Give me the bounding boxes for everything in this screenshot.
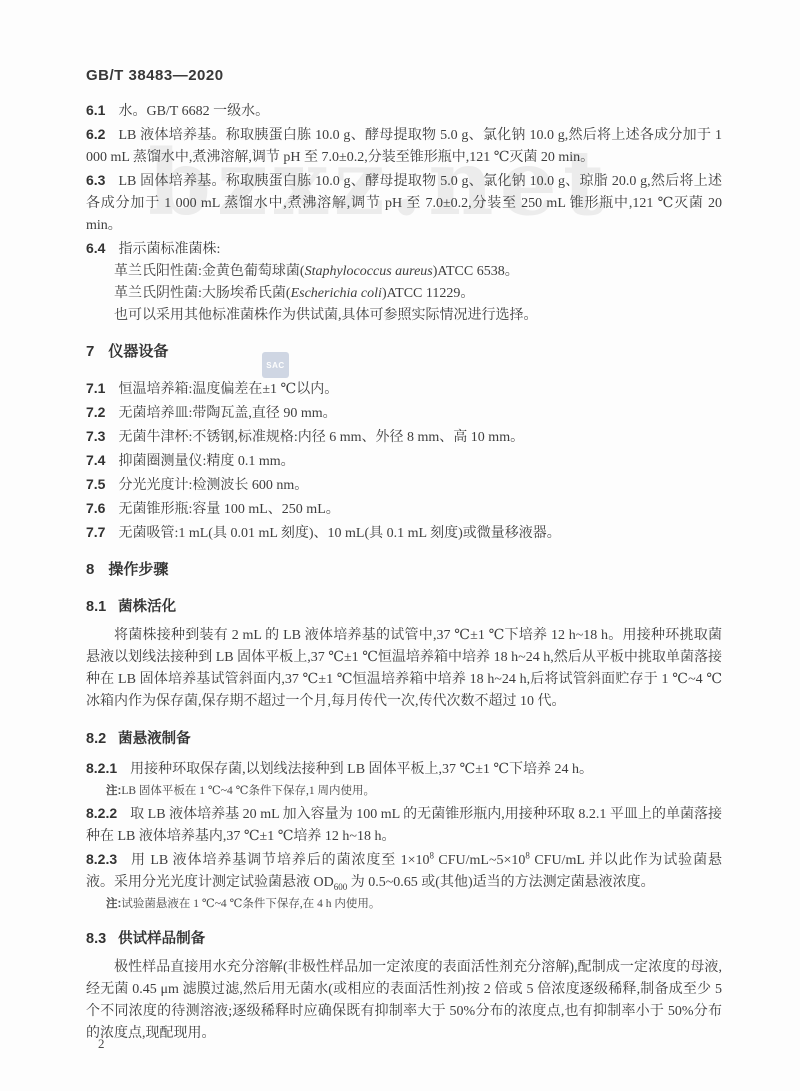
clause-7-4: 7.4抑菌圈测量仪:精度 0.1 mm。 <box>86 449 722 473</box>
block-text: 分光光度计:检测波长 600 nm。 <box>118 478 308 493</box>
block-text: 操作步骤 <box>108 561 168 578</box>
clause-number: 6.3 <box>86 172 105 188</box>
indented-line: 也可以采用其他标准菌株作为供试菌,具体可参照实际情况进行选择。 <box>86 305 722 327</box>
clause-number: 7.6 <box>86 500 105 516</box>
block-text: 无菌牛津杯:不锈钢,标准规格:内径 6 mm、外径 8 mm、高 10 mm。 <box>118 430 524 445</box>
block-text: 仪器设备 <box>108 343 168 360</box>
text-run: 600 <box>334 882 348 892</box>
clause-7-7: 7.7无菌吸管:1 mL(具 0.01 mL 刻度)、10 mL(具 0.1 m… <box>86 521 722 545</box>
block-text: 革兰氏阴性菌:大肠埃希氏菌(Escherichia coli)ATCC 1122… <box>114 286 474 301</box>
clause-7-2: 7.2无菌培养皿:带陶瓦盖,直径 90 mm。 <box>86 401 722 425</box>
block-text: 无菌锥形瓶:容量 100 mL、250 mL。 <box>118 502 339 517</box>
text-run: 用 LB 液体培养基调节培养后的菌浓度至 1×10 <box>130 853 429 868</box>
paragraph: 将菌株接种到装有 2 mL 的 LB 液体培养基的试管中,37 ℃±1 ℃下培养… <box>86 625 722 713</box>
indented-line: 革兰氏阴性菌:大肠埃希氏菌(Escherichia coli)ATCC 1122… <box>86 283 722 305</box>
clause-number: 8.2 <box>86 731 106 747</box>
block-text: LB 固体平板在 1 ℃~4 ℃条件下保存,1 周内使用。 <box>121 785 375 797</box>
document-body: 6.1水。GB/T 6682 一级水。6.2LB 液体培养基。称取胰蛋白胨 10… <box>86 99 722 1045</box>
clause-number: 8.3 <box>86 931 106 947</box>
clause-8-2-2: 8.2.2取 LB 液体培养基 20 mL 加入容量为 100 mL 的无菌锥形… <box>86 802 722 848</box>
clause-number: 7.5 <box>86 476 105 492</box>
block-text: 无菌培养皿:带陶瓦盖,直径 90 mm。 <box>118 406 336 421</box>
clause-number: 6.2 <box>86 126 105 142</box>
text-run: 为 0.5~0.65 或(其他)适当的方法测定菌悬液浓度。 <box>347 875 654 890</box>
block-text: 恒温培养箱:温度偏差在±1 ℃以内。 <box>118 382 338 397</box>
clause-number: 8.2.3 <box>86 851 117 867</box>
clause-number: 8.1 <box>86 599 106 615</box>
block-text: LB 液体培养基。称取胰蛋白胨 10.0 g、酵母提取物 5.0 g、氯化钠 1… <box>86 128 722 165</box>
block-text: 无菌吸管:1 mL(具 0.01 mL 刻度)、10 mL(具 0.1 mL 刻… <box>118 526 560 541</box>
block-text: 菌悬液制备 <box>118 731 191 747</box>
note: 注:LB 固体平板在 1 ℃~4 ℃条件下保存,1 周内使用。 <box>86 782 722 800</box>
document-number-header: GB/T 38483—2020 <box>86 66 722 86</box>
note-label: 注: <box>106 898 121 910</box>
block-text: 也可以采用其他标准菌株作为供试菌,具体可参照实际情况进行选择。 <box>114 308 538 323</box>
block-text: 供试样品制备 <box>118 931 205 947</box>
clause-7-3: 7.3无菌牛津杯:不锈钢,标准规格:内径 6 mm、外径 8 mm、高 10 m… <box>86 425 722 449</box>
paragraph: 极性样品直接用水充分溶解(非极性样品加一定浓度的表面活性剂充分溶解),配制成一定… <box>86 957 722 1045</box>
text-run: )ATCC 11229。 <box>382 286 474 301</box>
text-run: Staphylococcus aureus <box>305 264 433 279</box>
clause-number: 7.7 <box>86 524 105 540</box>
subsection-heading-8-1: 8.1菌株活化 <box>86 596 722 618</box>
clause-number: 7 <box>86 343 94 360</box>
text-run: 也可以采用其他标准菌株作为供试菌,具体可参照实际情况进行选择。 <box>114 308 538 323</box>
clause-number: 7.2 <box>86 404 105 420</box>
block-text: 抑菌圈测量仪:精度 0.1 mm。 <box>118 454 294 469</box>
clause-7-6: 7.6无菌锥形瓶:容量 100 mL、250 mL。 <box>86 497 722 521</box>
block-text: LB 固体培养基。称取胰蛋白胨 10.0 g、酵母提取物 5.0 g、氯化钠 1… <box>86 174 722 233</box>
clause-number: 7.1 <box>86 380 105 396</box>
block-text: 极性样品直接用水充分溶解(非极性样品加一定浓度的表面活性剂充分溶解),配制成一定… <box>86 960 722 1041</box>
block-text: 水。GB/T 6682 一级水。 <box>118 104 269 119</box>
block-text: 用接种环取保存菌,以划线法接种到 LB 固体平板上,37 ℃±1 ℃下培养 24… <box>130 762 593 777</box>
clause-6-2: 6.2LB 液体培养基。称取胰蛋白胨 10.0 g、酵母提取物 5.0 g、氯化… <box>86 123 722 169</box>
clause-number: 7.3 <box>86 428 105 444</box>
indented-line: 革兰氏阳性菌:金黄色葡萄球菌(Staphylococcus aureus)ATC… <box>86 261 722 283</box>
block-text: 革兰氏阳性菌:金黄色葡萄球菌(Staphylococcus aureus)ATC… <box>114 264 519 279</box>
clause-number: 8.2.2 <box>86 805 117 821</box>
text-run: 革兰氏阴性菌:大肠埃希氏菌( <box>114 286 291 301</box>
section-heading-8: 8操作步骤 <box>86 559 722 581</box>
subsection-heading-8-3: 8.3供试样品制备 <box>86 928 722 950</box>
section-heading-7: 7仪器设备 <box>86 341 722 363</box>
note-label: 注: <box>106 785 121 797</box>
clause-number: 6.1 <box>86 102 105 118</box>
block-text: 菌株活化 <box>118 599 176 615</box>
clause-7-5: 7.5分光光度计:检测波长 600 nm。 <box>86 473 722 497</box>
block-text: 将菌株接种到装有 2 mL 的 LB 液体培养基的试管中,37 ℃±1 ℃下培养… <box>86 628 722 709</box>
text-run: Escherichia coli <box>291 286 382 301</box>
text-run: )ATCC 6538。 <box>433 264 519 279</box>
clause-number: 7.4 <box>86 452 105 468</box>
clause-number: 6.4 <box>86 240 105 256</box>
clause-8-2-3: 8.2.3用 LB 液体培养基调节培养后的菌浓度至 1×108 CFU/mL~5… <box>86 848 722 894</box>
clause-6-1: 6.1水。GB/T 6682 一级水。 <box>86 99 722 123</box>
clause-6-4: 6.4指示菌标准菌株: <box>86 237 722 261</box>
clause-6-3: 6.3LB 固体培养基。称取胰蛋白胨 10.0 g、酵母提取物 5.0 g、氯化… <box>86 169 722 237</box>
text-run: 革兰氏阳性菌:金黄色葡萄球菌( <box>114 264 305 279</box>
block-text: 用 LB 液体培养基调节培养后的菌浓度至 1×108 CFU/mL~5×108 … <box>86 853 722 890</box>
note: 注:试验菌悬液在 1 ℃~4 ℃条件下保存,在 4 h 内使用。 <box>86 895 722 913</box>
clause-number: 8 <box>86 561 94 578</box>
clause-7-1: 7.1恒温培养箱:温度偏差在±1 ℃以内。 <box>86 377 722 401</box>
block-text: 取 LB 液体培养基 20 mL 加入容量为 100 mL 的无菌锥形瓶内,用接… <box>86 807 722 844</box>
block-text: 指示菌标准菌株: <box>118 242 220 257</box>
subsection-heading-8-2: 8.2菌悬液制备 <box>86 728 722 750</box>
clause-number: 8.2.1 <box>86 760 117 776</box>
page-number: 2 <box>98 1036 105 1052</box>
block-text: 试验菌悬液在 1 ℃~4 ℃条件下保存,在 4 h 内使用。 <box>121 898 380 910</box>
clause-8-2-1: 8.2.1用接种环取保存菌,以划线法接种到 LB 固体平板上,37 ℃±1 ℃下… <box>86 757 722 781</box>
document-page: bzxz.net SAC GB/T 38483—2020 6.1水。GB/T 6… <box>0 0 800 1091</box>
text-run: CFU/mL~5×10 <box>434 853 525 868</box>
